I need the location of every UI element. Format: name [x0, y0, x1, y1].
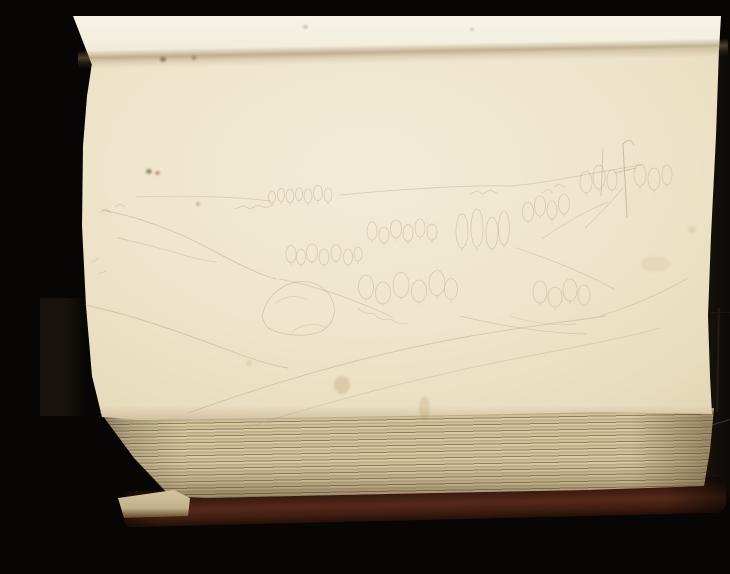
pencil-tree-stroke	[359, 275, 374, 299]
pencil-stroke	[276, 296, 307, 303]
pencil-stroke	[100, 204, 125, 213]
pencil-tree-stroke	[331, 245, 341, 262]
pencil-stroke	[235, 205, 273, 209]
pencil-stroke	[623, 144, 627, 217]
pencil-tree-stroke	[559, 194, 570, 214]
pencil-stroke	[136, 196, 270, 201]
pencil-tree-stroke	[314, 186, 323, 201]
pencil-tree-stroke	[648, 168, 660, 190]
pencil-stroke	[292, 325, 326, 332]
pencil-tree-stroke	[376, 282, 391, 304]
pencil-tree-stroke	[304, 189, 312, 203]
pencil-tree-stroke	[427, 224, 437, 240]
pencil-tree-stroke	[286, 246, 296, 263]
pencil-tree-stroke	[354, 247, 362, 261]
pencil-tree-stroke	[535, 196, 546, 216]
pencil-tree-stroke	[319, 249, 329, 265]
pencil-tree-stroke	[278, 189, 285, 202]
pencil-tree-stroke	[593, 165, 605, 189]
pencil-stroke	[470, 190, 497, 194]
pencil-tree-stroke	[547, 201, 557, 219]
pencil-tree-stroke	[634, 164, 646, 186]
pencil-tree-stroke	[499, 211, 510, 245]
pencil-tree-stroke	[367, 222, 377, 240]
pencil-tree-stroke	[662, 165, 672, 185]
pencil-tree-stroke	[307, 244, 318, 262]
pencil-tree-stroke	[607, 170, 617, 190]
pencil-tree-stroke	[324, 188, 332, 202]
pencil-stroke	[85, 305, 288, 368]
pencil-tree-stroke	[486, 217, 498, 249]
pencil-stroke	[358, 308, 408, 324]
pencil-stroke	[118, 238, 216, 262]
pencil-tree-stroke	[403, 225, 413, 242]
pencil-stroke	[102, 210, 276, 279]
pencil-tree-stroke	[286, 189, 294, 203]
pencil-tree-stroke	[578, 285, 590, 305]
pencil-tree-stroke	[379, 227, 389, 243]
pencil-stroke	[280, 279, 392, 317]
pencil-tree-stroke	[269, 191, 276, 203]
pencil-tree-stroke	[393, 273, 409, 298]
pencil-tree-stroke	[344, 249, 353, 265]
pencil-tree-stroke	[297, 249, 306, 265]
pencil-tree-stroke	[548, 287, 562, 307]
pencil-stroke	[92, 258, 106, 274]
pencil-tree-stroke	[533, 281, 547, 303]
cover-edge-shadow-line	[708, 312, 730, 313]
pencil-tree-stroke	[391, 220, 402, 238]
pencil-stroke	[600, 278, 688, 316]
pencil-stroke	[585, 188, 623, 228]
pencil-tree-stroke	[523, 203, 534, 222]
sketchbook-photo	[40, 16, 730, 558]
pencil-tree-stroke	[456, 214, 468, 248]
pencil-stroke	[623, 140, 634, 145]
pencil-sketch	[40, 16, 730, 558]
binding-thread	[712, 414, 730, 425]
pencil-stroke	[543, 202, 608, 238]
pencil-tree-stroke	[445, 279, 458, 300]
pencil-stroke	[601, 149, 603, 196]
pencil-tree-stroke	[296, 188, 303, 201]
pencil-stroke	[460, 316, 586, 334]
pencil-stroke	[542, 184, 565, 193]
pencil-stroke	[248, 328, 660, 427]
pencil-tree-stroke	[415, 219, 425, 237]
pencil-tree-stroke	[412, 280, 427, 302]
pencil-tree-stroke	[563, 279, 577, 301]
pencil-tree-stroke	[471, 209, 483, 247]
pencil-stroke	[510, 316, 576, 325]
pencil-tree-stroke	[429, 271, 445, 296]
